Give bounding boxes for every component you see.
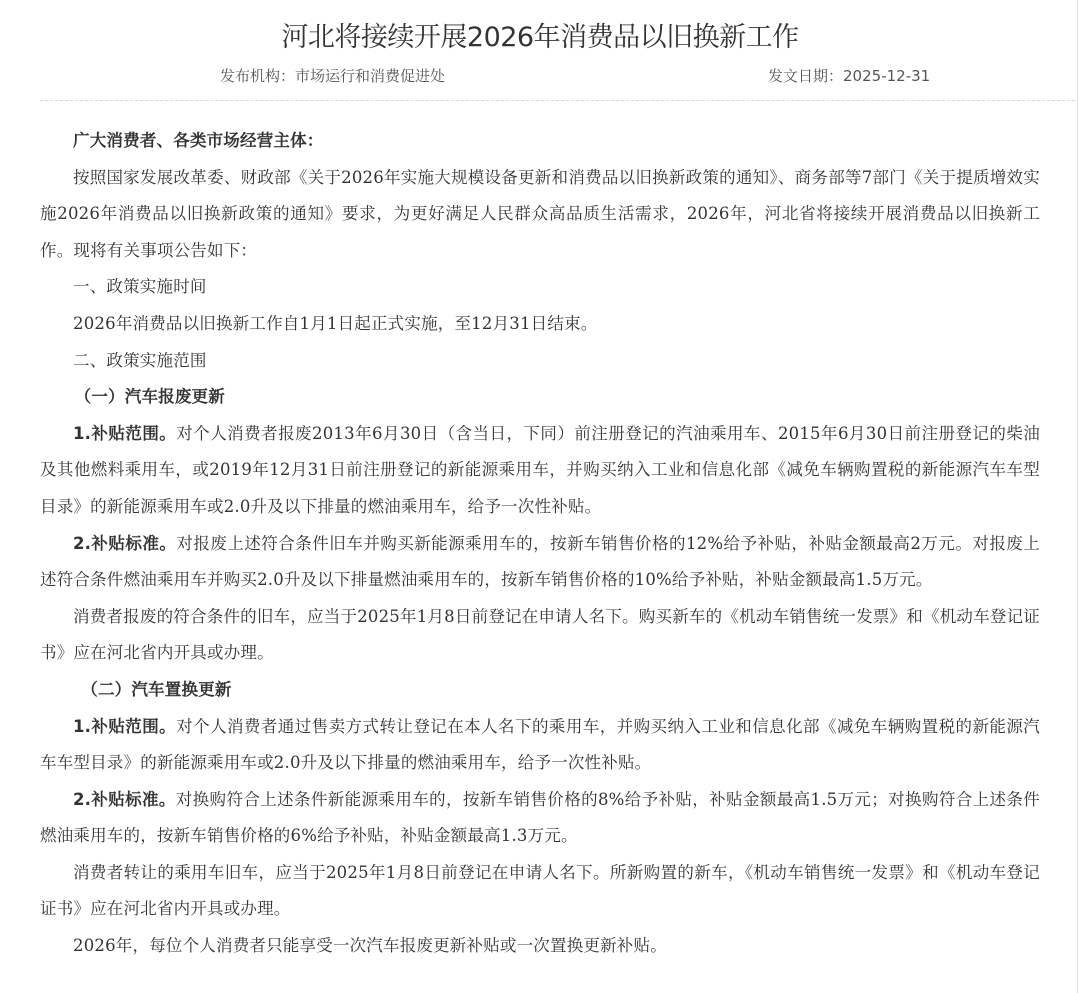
scrap-standard-text: 对报废上述符合条件旧车并购买新能源乘用车的，按新车销售价格的12%给予补贴，补贴… — [40, 534, 1040, 590]
salutation: 广大消费者、各类市场经营主体： — [40, 123, 1040, 160]
section-2-heading: 二、政策实施范围 — [40, 343, 1040, 380]
replace-subsidy-scope: 1.补贴范围。对个人消费者通过售卖方式转让登记在本人名下的乘用车，并购买纳入工业… — [40, 709, 1040, 782]
scrap-scope-text: 对个人消费者报废2013年6月30日（含当日，下同）前注册登记的汽油乘用车、20… — [40, 424, 1040, 516]
replace-standard-lead: 2.补贴标准。 — [73, 790, 176, 809]
header-divider — [40, 100, 1075, 101]
closing-paragraph: 2026年，每位个人消费者只能享受一次汽车报废更新补贴或一次置换更新补贴。 — [40, 928, 1040, 965]
article-meta: 发布机构：市场运行和消费促进处 发文日期：2025-12-31 — [0, 64, 1080, 88]
scrap-standard-lead: 2.补贴标准。 — [73, 534, 176, 553]
publish-date-info: 发文日期：2025-12-31 — [768, 64, 930, 88]
publisher-label: 发布机构： — [220, 67, 295, 85]
section-1-heading: 一、政策实施时间 — [40, 269, 1040, 306]
replace-scope-lead: 1.补贴范围。 — [73, 717, 176, 736]
date-value: 2025-12-31 — [843, 67, 930, 85]
scrap-scope-lead: 1.补贴范围。 — [73, 424, 176, 443]
scrap-subsidy-standard: 2.补贴标准。对报废上述符合条件旧车并购买新能源乘用车的，按新车销售价格的12%… — [40, 526, 1040, 599]
publisher-info: 发布机构：市场运行和消费促进处 — [220, 64, 445, 88]
section-1-text: 2026年消费品以旧换新工作自1月1日起正式实施，至12月31日结束。 — [40, 306, 1040, 343]
subsection-replace-heading: （二）汽车置换更新 — [40, 672, 1040, 709]
page-right-border — [1077, 0, 1078, 993]
article-body: 广大消费者、各类市场经营主体： 按照国家发展改革委、财政部《关于2026年实施大… — [40, 123, 1040, 965]
replace-subsidy-standard: 2.补贴标准。对换购符合上述条件新能源乘用车的，按新车销售价格的8%给予补贴，补… — [40, 782, 1040, 855]
replace-note: 消费者转让的乘用车旧车，应当于2025年1月8日前登记在申请人名下。所新购置的新… — [40, 855, 1040, 928]
intro-paragraph: 按照国家发展改革委、财政部《关于2026年实施大规模设备更新和消费品以旧换新政策… — [40, 160, 1040, 270]
scrap-note: 消费者报废的符合条件的旧车，应当于2025年1月8日前登记在申请人名下。购买新车… — [40, 599, 1040, 672]
replace-scope-text: 对个人消费者通过售卖方式转让登记在本人名下的乘用车，并购买纳入工业和信息化部《减… — [40, 717, 1040, 773]
replace-standard-text: 对换购符合上述条件新能源乘用车的，按新车销售价格的8%给予补贴，补贴金额最高1.… — [40, 790, 1040, 846]
date-label: 发文日期： — [768, 67, 843, 85]
article-title: 河北将接续开展2026年消费品以旧换新工作 — [0, 20, 1080, 56]
subsection-scrap-heading: （一）汽车报废更新 — [40, 379, 1040, 416]
scrap-subsidy-scope: 1.补贴范围。对个人消费者报废2013年6月30日（含当日，下同）前注册登记的汽… — [40, 416, 1040, 526]
publisher-value: 市场运行和消费促进处 — [295, 67, 445, 85]
